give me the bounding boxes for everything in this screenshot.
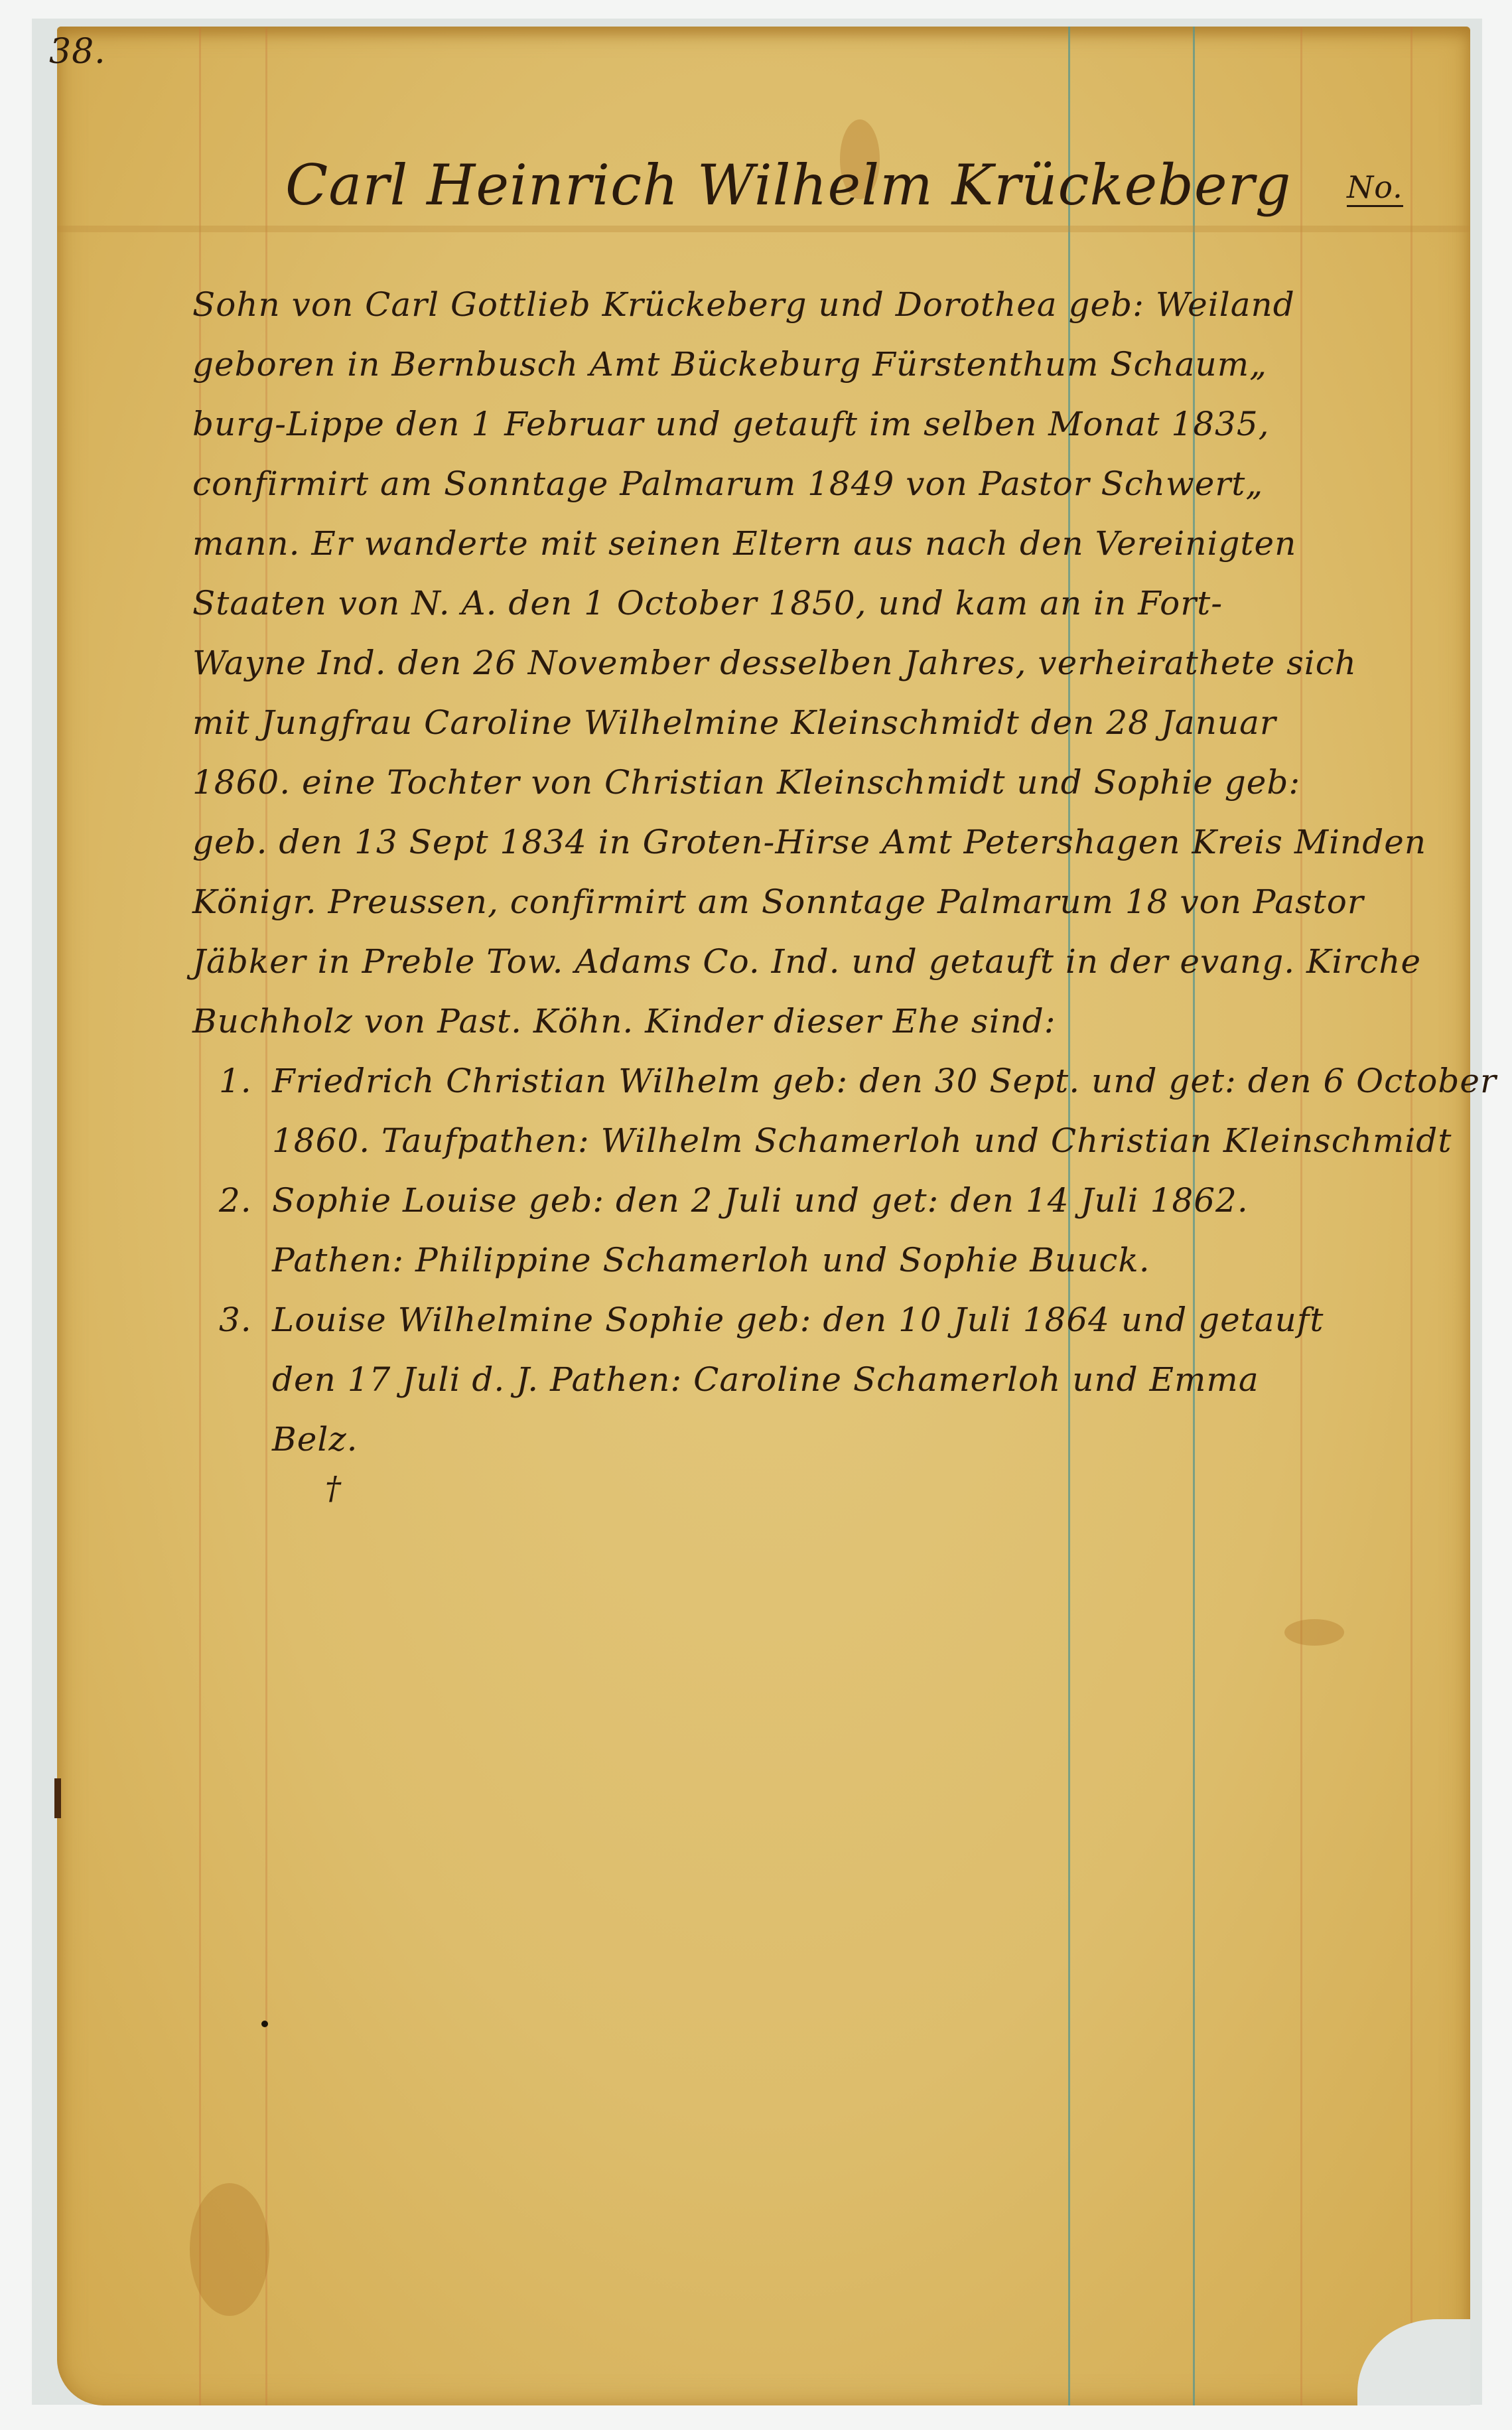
- body-line: Wayne Ind. den 26 November desselben Jah…: [192, 644, 1357, 682]
- column-rule: [1300, 27, 1302, 2405]
- child-line: Louise Wilhelmine Sophie geb: den 10 Jul…: [272, 1301, 1324, 1339]
- body-line: 1860. eine Tochter von Christian Kleinsc…: [192, 763, 1300, 802]
- child-line: Belz.: [272, 1420, 358, 1459]
- child-line: 1860. Taufpathen: Wilhelm Schamerloh und…: [272, 1121, 1452, 1160]
- body-line: geboren in Bernbusch Amt Bückeburg Fürst…: [192, 345, 1267, 384]
- entry-number-label: No.: [1347, 169, 1403, 207]
- child-number: 2.: [219, 1181, 252, 1220]
- body-line: mann. Er wanderte mit seinen Eltern aus …: [192, 524, 1296, 563]
- body-line: burg-Lippe den 1 Februar und getauft im …: [192, 405, 1270, 443]
- body-line: mit Jungfrau Caroline Wilhelmine Kleinsc…: [192, 703, 1276, 742]
- body-line: geb. den 13 Sept 1834 in Groten-Hirse Am…: [192, 823, 1426, 861]
- body-line: Königr. Preussen, confirmirt am Sonntage…: [192, 883, 1364, 921]
- ink-dot: [261, 2021, 268, 2027]
- torn-corner: [1357, 2319, 1470, 2405]
- child-line: Friedrich Christian Wilhelm geb: den 30 …: [272, 1062, 1497, 1100]
- body-line: Staaten von N. A. den 1 October 1850, un…: [192, 584, 1223, 622]
- stain: [1284, 1619, 1344, 1646]
- edge-tab: [54, 1778, 61, 1818]
- body-line: confirmirt am Sonntage Palmarum 1849 von…: [192, 465, 1263, 503]
- stain: [190, 2183, 269, 2316]
- body-line: Buchholz von Past. Köhn. Kinder dieser E…: [192, 1002, 1056, 1040]
- body-line: Jäbker in Preble Tow. Adams Co. Ind. und…: [192, 942, 1421, 981]
- page-title: Carl Heinrich Wilhelm Krückeberg: [285, 153, 1292, 218]
- page-number: 38.: [49, 32, 106, 72]
- column-rule: [1410, 27, 1412, 2405]
- child-number: 1.: [219, 1062, 252, 1100]
- child-line: Pathen: Philippine Schamerloh und Sophie…: [272, 1241, 1150, 1279]
- fold-line: [57, 226, 1470, 232]
- body-line: Sohn von Carl Gottlieb Krückeberg und Do…: [192, 285, 1295, 324]
- death-cross-icon: †: [325, 1470, 342, 1507]
- child-line: Sophie Louise geb: den 2 Juli und get: d…: [272, 1181, 1249, 1220]
- child-number: 3.: [219, 1301, 252, 1339]
- child-line: den 17 Juli d. J. Pathen: Caroline Scham…: [272, 1360, 1259, 1399]
